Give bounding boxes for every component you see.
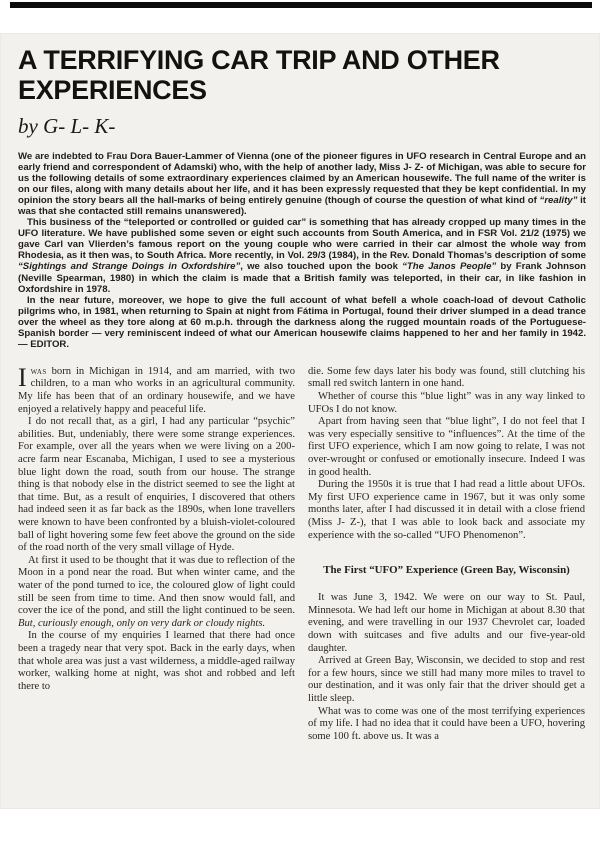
text-run: “The Janos People” [402, 261, 496, 272]
article-title: A TERRIFYING CAR TRIP AND OTHEREXPERIENC… [18, 46, 586, 105]
top-rule-bar [10, 2, 592, 8]
byline: by G- L- K- [18, 114, 600, 139]
editorial-intro: We are indebted to Frau Dora Bauer-Lamme… [18, 151, 586, 350]
text-run: It was June 3, 1942. We were on our way … [308, 592, 585, 653]
paragraph: In the course of my enquiries I learned … [18, 630, 295, 693]
title-line-2: EXPERIENCES [18, 75, 207, 105]
paragraph: Apart from having seen that “blue light”… [308, 416, 585, 479]
text-run: “Sightings and Strange Doings in Oxfords… [18, 261, 240, 272]
text-run: die. Some few days later his body was fo… [308, 366, 585, 390]
paragraph: Whether of course this “blue light” was … [308, 391, 585, 416]
paragraph: At first it used to be thought that it w… [18, 555, 295, 631]
paragraph: During the 1950s it is true that I had r… [308, 479, 585, 542]
paragraph: I do not recall that, as a girl, I had a… [18, 416, 295, 555]
magazine-page: A TERRIFYING CAR TRIP AND OTHEREXPERIENC… [0, 0, 600, 850]
text-run: During the 1950s it is true that I had r… [308, 479, 585, 540]
paragraph: What was to come was one of the most ter… [308, 706, 585, 744]
right-column-top-paragraphs: die. Some few days later his body was fo… [308, 366, 585, 542]
left-column: Iwas born in Michigan in 1914, and am ma… [18, 366, 295, 743]
paragraph: It was June 3, 1942. We were on our way … [308, 592, 585, 655]
text-run: Arrived at Green Bay, Wisconsin, we deci… [308, 655, 585, 704]
text-run: Apart from having seen that “blue light”… [308, 416, 585, 477]
text-run: born in Michigan in 1914, and am married… [18, 366, 295, 415]
title-line-1: A TERRIFYING CAR TRIP AND OTHER [18, 45, 500, 75]
text-run: , we also touched upon the book [240, 261, 402, 272]
right-column: die. Some few days later his body was fo… [308, 366, 585, 743]
text-run: At first it used to be thought that it w… [18, 555, 295, 616]
paragraph: We are indebted to Frau Dora Bauer-Lamme… [18, 151, 586, 217]
text-run: This business of the “teleported or cont… [18, 217, 586, 261]
right-column-bottom-paragraphs: It was June 3, 1942. We were on our way … [308, 592, 585, 743]
page-scan-area: A TERRIFYING CAR TRIP AND OTHEREXPERIENC… [0, 33, 600, 809]
paragraph: die. Some few days later his body was fo… [308, 366, 585, 391]
paragraph: In the near future, moreover, we hope to… [18, 295, 586, 350]
text-run: was [31, 366, 47, 377]
paragraph: This business of the “teleported or cont… [18, 217, 586, 294]
text-run: But, curiously enough, only on very dark… [18, 618, 265, 629]
text-run: What was to come was one of the most ter… [308, 706, 585, 742]
text-run: We are indebted to Frau Dora Bauer-Lamme… [18, 151, 586, 206]
text-run: In the near future, moreover, we hope to… [18, 295, 586, 350]
text-run: Whether of course this “blue light” was … [308, 391, 585, 415]
paragraph: Iwas born in Michigan in 1914, and am ma… [18, 366, 295, 416]
text-run: “reality” [540, 195, 578, 206]
text-run: In the course of my enquiries I learned … [18, 630, 295, 691]
text-run: I do not recall that, as a girl, I had a… [18, 416, 295, 553]
paragraph: Arrived at Green Bay, Wisconsin, we deci… [308, 655, 585, 705]
drop-cap: I [18, 366, 31, 388]
section-heading: The First “UFO” Experience (Green Bay, W… [308, 564, 585, 577]
article-columns: Iwas born in Michigan in 1914, and am ma… [18, 366, 586, 743]
